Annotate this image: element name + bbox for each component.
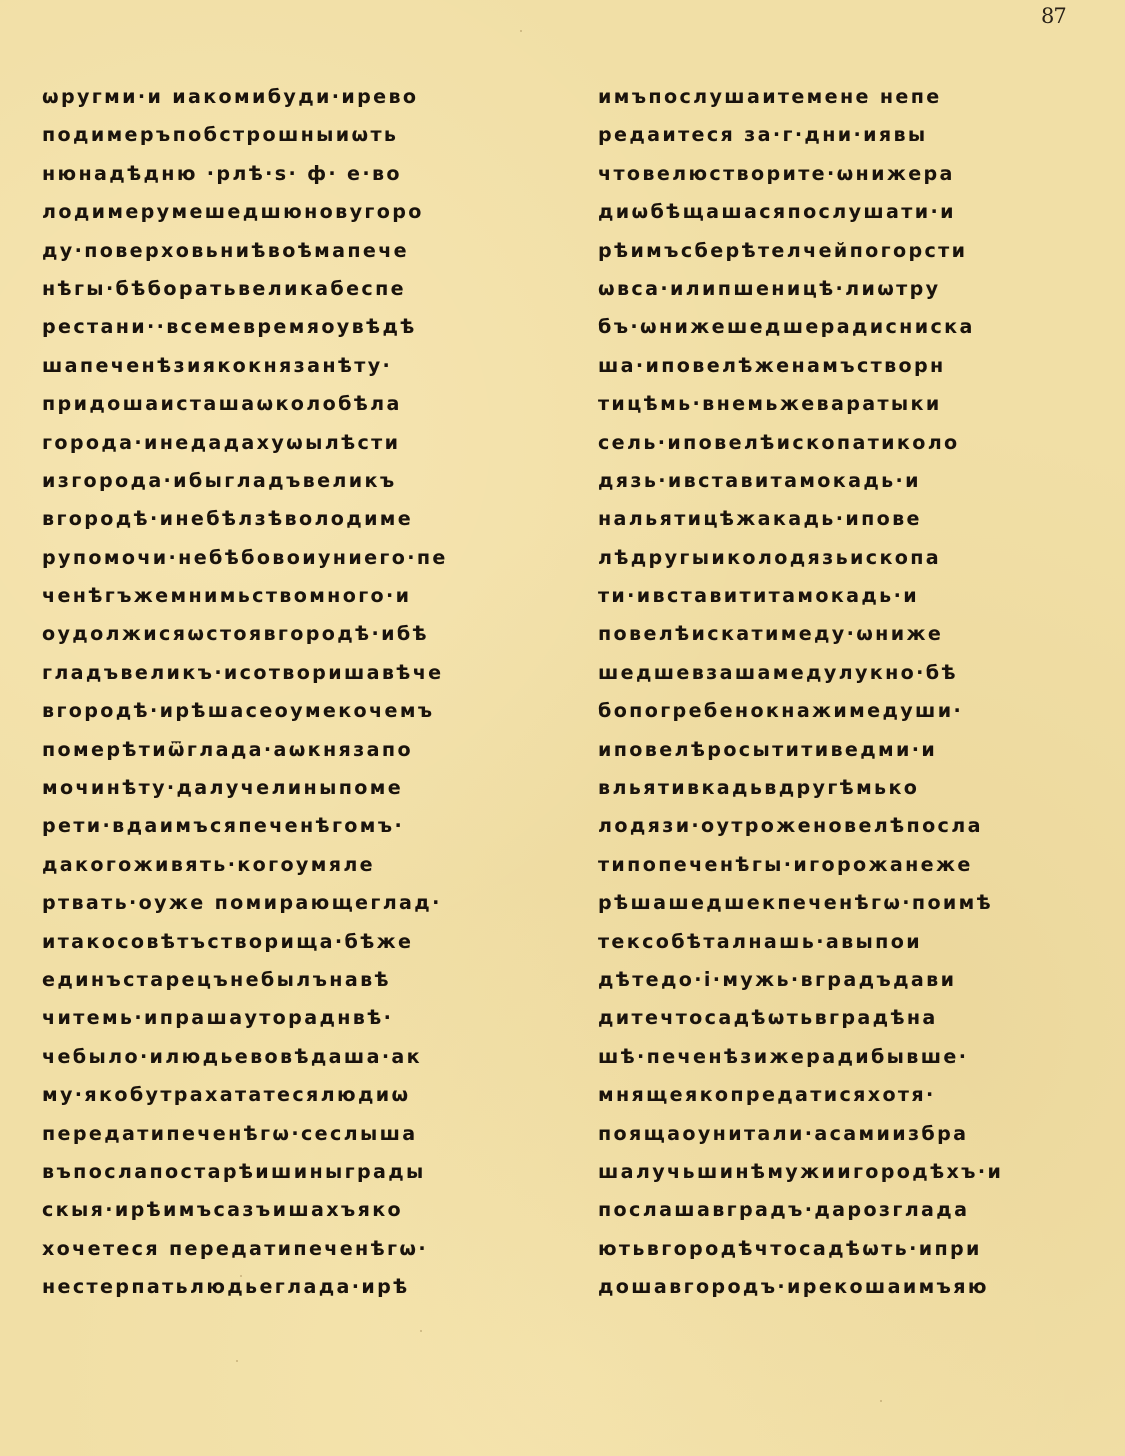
manuscript-line: скыя·ирѣимъсазъишахъяко — [42, 1191, 552, 1229]
manuscript-line: мнящеякопредатисяхотя· — [598, 1076, 1093, 1114]
left-text-column: ѡругми·и иакомибуди·ирево подимеръпобстр… — [42, 78, 562, 1307]
manuscript-line: ѡругми·и иакомибуди·ирево — [42, 78, 552, 116]
manuscript-line: бопогребенокнажимедуши· — [598, 692, 1093, 730]
manuscript-line: вгородѣ·ирѣшасеоумекочемъ — [42, 692, 552, 730]
manuscript-line: померѣтиѿглада·аѡкнязапо — [42, 731, 552, 769]
manuscript-line: лодязи·оутроженовелѣпосла — [598, 807, 1093, 845]
manuscript-line: гладъвеликъ·исотворишавѣче — [42, 654, 552, 692]
manuscript-line: ша·иповелѣженамъстворн — [598, 347, 1093, 385]
manuscript-line: придошаисташаѡколобѣлa — [42, 385, 552, 423]
manuscript-line: ютьвгородѣчтосадѣѡть·ипри — [598, 1230, 1093, 1268]
manuscript-line: типопеченѣгы·игорожанеже — [598, 846, 1093, 884]
manuscript-line: му·якобутрахататесялюдиѡ — [42, 1076, 552, 1114]
manuscript-line: вльятивкадьвдругѣмько — [598, 769, 1093, 807]
paper-speck — [420, 1330, 422, 1332]
manuscript-line: дитечтосадѣѡтьвградѣна — [598, 999, 1093, 1037]
manuscript-line: ти·ивставититамокадь·и — [598, 577, 1093, 615]
manuscript-line: шедшевзашамедулукно·бѣ — [598, 654, 1093, 692]
paper-speck — [880, 1400, 882, 1402]
manuscript-line: дошавгородъ·ирекошаимъяю — [598, 1268, 1093, 1306]
manuscript-line: нюнадѣдню ·рлѣ·ѕ· ф· е·во — [42, 155, 552, 193]
manuscript-line: лѣдругыиколодязьископа — [598, 539, 1093, 577]
manuscript-line: чтовелюстворите·ѡнижера — [598, 155, 1093, 193]
manuscript-line: ртвать·оуже помирающеглад· — [42, 884, 552, 922]
manuscript-line: нестерпатьлюдьеглада·ирѣ — [42, 1268, 552, 1306]
manuscript-line: рѣимъсберѣтелчейпогорсти — [598, 232, 1093, 270]
manuscript-line: города·инедадахуѡылѣсти — [42, 424, 552, 462]
paper-speck — [520, 30, 522, 32]
manuscript-line: сель·иповелѣископатиколо — [598, 424, 1093, 462]
manuscript-line: тексобѣталнашь·авыпои — [598, 923, 1093, 961]
manuscript-line: повелѣискатимеду·ѡниже — [598, 615, 1093, 653]
manuscript-line: вгородѣ·инебѣлзѣволодиме — [42, 500, 552, 538]
manuscript-line: бъ·ѡнижешедшерадисниска — [598, 308, 1093, 346]
manuscript-line: шѣ·печенѣзижерадибывше· — [598, 1038, 1093, 1076]
manuscript-line: дѣтедо·і·мужь·вградъдави — [598, 961, 1093, 999]
manuscript-line: послашавградъ·дарозглада — [598, 1191, 1093, 1229]
paper-speck — [700, 1290, 702, 1292]
manuscript-line: подимеръпобстрошныиѡть — [42, 116, 552, 154]
manuscript-line: редаитеся за·г·дни·иявы — [598, 116, 1093, 154]
manuscript-line: ѡвса·илипшеницѣ·лиѡтру — [598, 270, 1093, 308]
manuscript-line: имъпослушаитемене непе — [598, 78, 1093, 116]
manuscript-line: читемь·ипрашаутораднвѣ· — [42, 999, 552, 1037]
manuscript-line: оудолжисяѡстоявгородѣ·ибѣ — [42, 615, 552, 653]
right-text-column: имъпослушаитемене непе редаитеся за·г·дн… — [598, 78, 1103, 1307]
manuscript-line: дакогоживять·когоумяле — [42, 846, 552, 884]
manuscript-line: хочетеся передатипеченѣгѡ· — [42, 1230, 552, 1268]
manuscript-line: шапеченѣзиякокнязанѣту· — [42, 347, 552, 385]
manuscript-line: рестани··всемевремяоувѣдѣ — [42, 308, 552, 346]
manuscript-line: тицѣмь·внемьжеваратыки — [598, 385, 1093, 423]
manuscript-line: чебыло·илюдьевовѣдаша·ак — [42, 1038, 552, 1076]
manuscript-line: дязь·ивставитамокадь·и — [598, 462, 1093, 500]
manuscript-line: иповелѣросытитиведми·и — [598, 731, 1093, 769]
manuscript-line: рупомочи·небѣбовоиуниего·пе — [42, 539, 552, 577]
paper-speck — [236, 1360, 238, 1362]
manuscript-line: изгорода·ибыгладъвеликъ — [42, 462, 552, 500]
manuscript-line: ченѣгъжемнимьствомного·и — [42, 577, 552, 615]
manuscript-line: ду·поверховьниѣвоѣмапече — [42, 232, 552, 270]
manuscript-line: рѣшашедшекпеченѣгѡ·поимѣ — [598, 884, 1093, 922]
manuscript-line: мочинѣту·далучелиныпоме — [42, 769, 552, 807]
manuscript-line: нѣгы·бѣборатьвеликабеспе — [42, 270, 552, 308]
manuscript-line: лодимерумешедшюновугоро — [42, 193, 552, 231]
manuscript-line: диѡбѣщашасяпослушати·и — [598, 193, 1093, 231]
manuscript-line: шалучьшинѣмужиигородѣхъ·и — [598, 1153, 1093, 1191]
manuscript-line: нальятицѣжакадь·ипове — [598, 500, 1093, 538]
manuscript-line: итакосовѣтъстворища·бѣже — [42, 923, 552, 961]
page-number: 87 — [1041, 4, 1066, 28]
manuscript-line: въпослапостарѣишиныграды — [42, 1153, 552, 1191]
paper-speck — [240, 1275, 242, 1277]
manuscript-line: передатипеченѣгѡ·сеслыша — [42, 1115, 552, 1153]
manuscript-line: поящаоунитали·асамиизбра — [598, 1115, 1093, 1153]
manuscript-line: единъстарецънебылънавѣ — [42, 961, 552, 999]
manuscript-line: рети·вдаимъсяпеченѣгомъ· — [42, 807, 552, 845]
